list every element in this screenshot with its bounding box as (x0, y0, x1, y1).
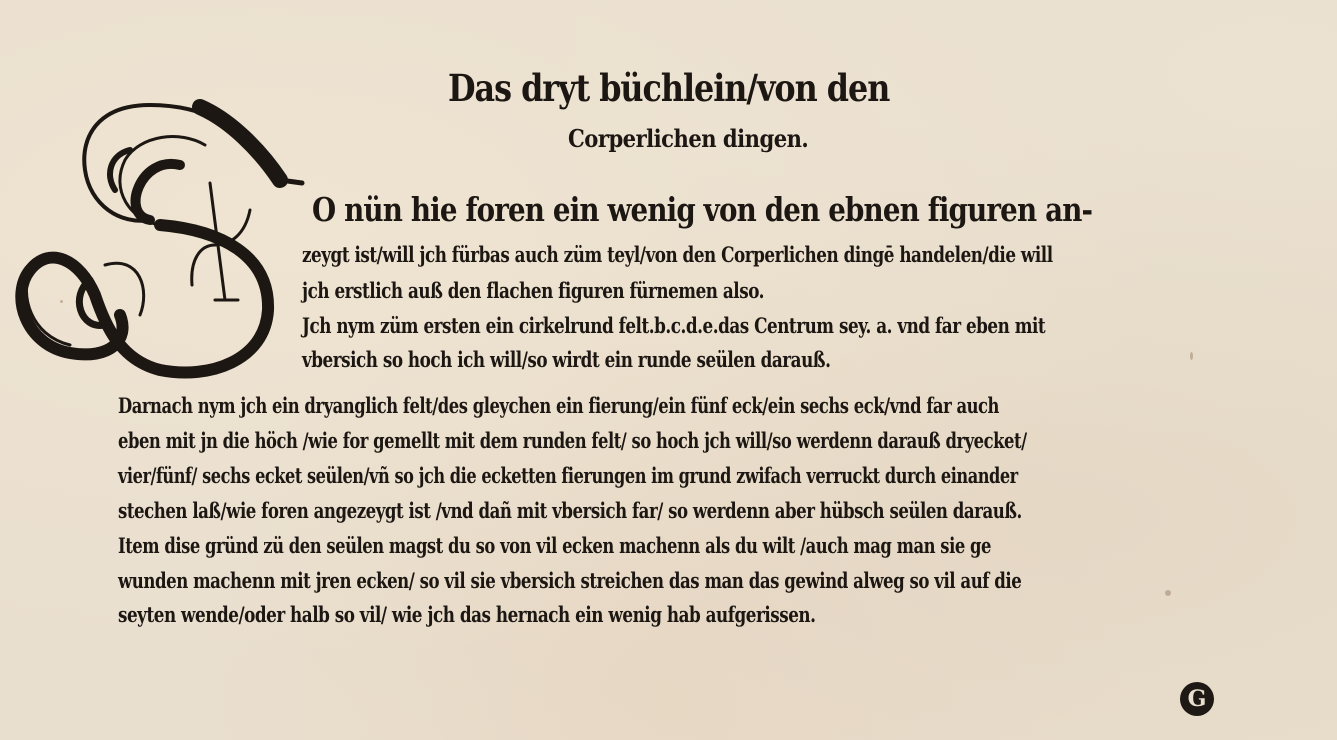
text-line-1: O nün hie foren ein wenig von den ebnen … (312, 190, 1092, 230)
text-line-2: zeygt ist/will jch fürbas auch züm teyl/… (302, 240, 1053, 270)
text-line-4: Jch nym züm ersten ein cirkelrund felt.b… (302, 311, 1045, 341)
text-line-12: seyten wende/oder halb so vil/ wie jch d… (118, 600, 816, 630)
text-line-3: jch erstlich auß den flachen figuren für… (302, 276, 764, 306)
text-line-8: vier/fünf/ sechs ecket seülen/vñ so jch … (118, 461, 1018, 491)
paper-speck (1165, 590, 1171, 596)
text-line-6: Darnach nym jch ein dryanglich felt/des … (118, 391, 999, 421)
book-page: Das dryt büchlein/von den Corperlichen d… (0, 0, 1337, 740)
text-line-10: Item dise gründ zü den seülen magst du s… (118, 531, 991, 561)
text-line-5: vbersich so hoch ich will/so wirdt ein r… (302, 345, 830, 375)
chapter-subtitle: Corperlichen dingen. (568, 124, 808, 154)
text-line-9: stechen laß/wie foren angezeygt ist /vnd… (118, 496, 1022, 526)
text-line-7: eben mit jn die höch /wie for gemellt mi… (118, 426, 1027, 456)
paper-speck (1190, 352, 1193, 360)
chapter-title: Das dryt büchlein/von den (448, 66, 887, 110)
decorated-initial-s-icon (10, 95, 310, 395)
signature-mark: G (1180, 682, 1214, 716)
text-line-11: wunden machenn mit jren ecken/ so vil si… (118, 566, 1021, 596)
